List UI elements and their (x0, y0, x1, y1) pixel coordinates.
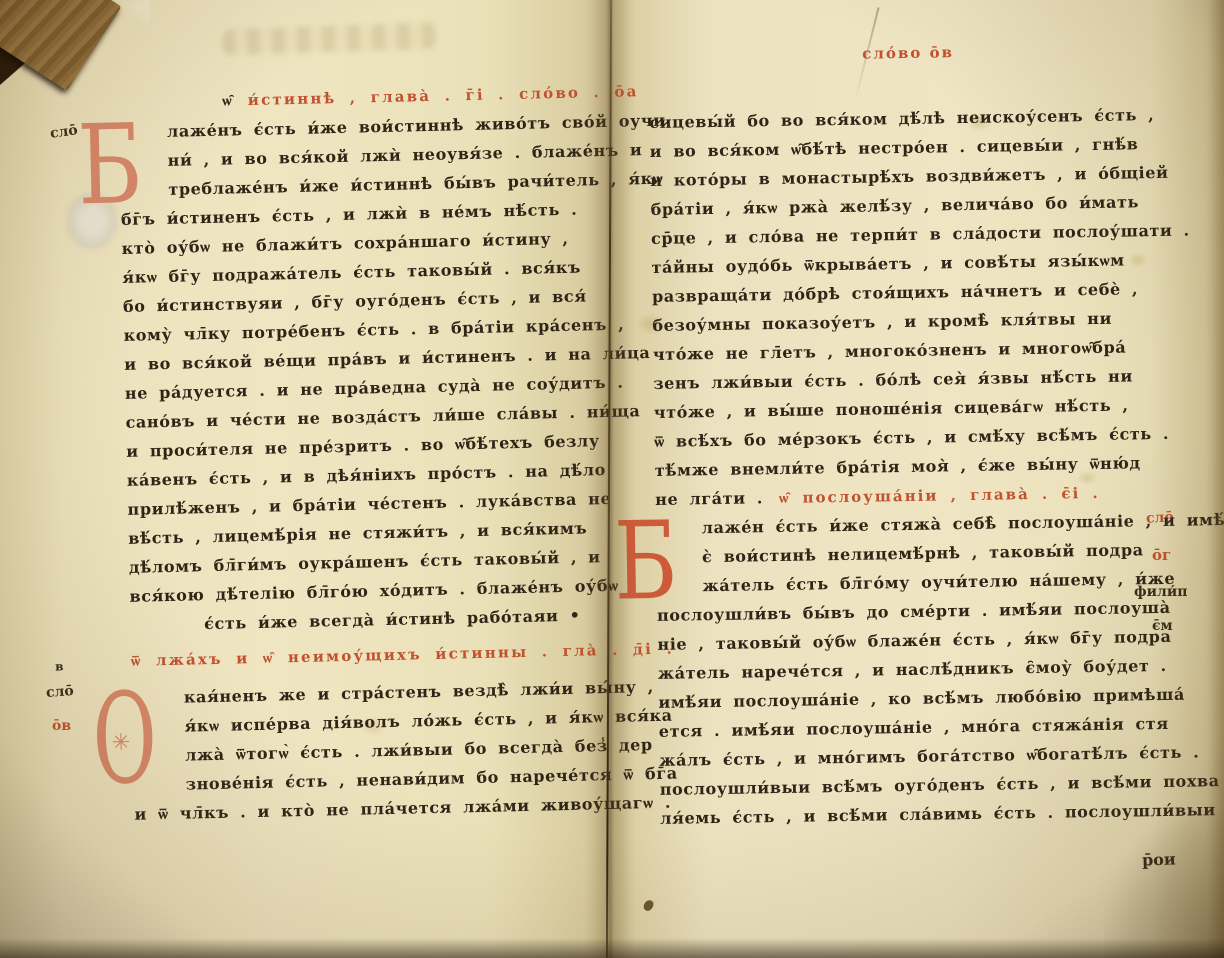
margin-note-slovo-number: о̄в (52, 718, 71, 734)
paragraph-blessed-truth: Б лаже́нъ є́сть и́же вои́стиннѣ живо́тъ … (119, 107, 616, 611)
heading-14-text: ѿ лжа́хъ и ѡ̑ неимоу́щихъ и́стинны . гла… (131, 640, 674, 670)
margin-mark-v: в (55, 651, 66, 681)
margin-note-slovo-number: о̄г (1152, 546, 1171, 564)
heading-13-text: и́стиннѣ , глава̀ . г̄і . сло́во . о̄а (248, 82, 639, 109)
chapter-14-heading: вѿ лжа́хъ и ѡ̑ неимоу́щихъ и́стинны . гл… (131, 635, 618, 676)
chapter-15-heading: ѡ̑ послоуша́ніи , глава̀ . є̄і . (779, 484, 1100, 507)
paragraph-about-lies: О✳ кая́ненъ же и стра́стенъ вездѣ̀ лжи́и… (132, 673, 621, 829)
line-black-part: не лга́ти . (655, 488, 763, 509)
ink-bleedthrough-smudge (222, 22, 438, 55)
left-page-text: ѡ̑и́стиннѣ , глава̀ . г̄і . сло́во . о̄а… (118, 77, 621, 829)
heading-prefix-omega: ѡ̑ (222, 91, 234, 109)
paragraph-liar-continued: сицевы́й бо во вся́ком дѣ́лѣ неискоу́сен… (649, 100, 1149, 485)
book-photo: { "colors": { "paper": "#ece2bd", "ink":… (0, 0, 1224, 958)
margin-note-slovo-top: сло̄ (49, 122, 79, 142)
right-page-text: сло́во о̄в сицевы́й бо во вся́ком дѣ́лѣ … (648, 34, 1154, 833)
margin-note-slovo-label: сло̄ (45, 683, 74, 701)
running-title: сло́во о̄в (648, 34, 1142, 72)
white-stain (66, 192, 118, 250)
paragraph-about-obedience: Б лаже́н є́сть и́же стяжа̀ себѣ̀ послоуш… (655, 506, 1154, 833)
folio-number: р̄ои (1142, 849, 1176, 869)
book-spread: сло̄ сло̄ о̄в сло̄ о̄г фили́п є̄м р̄ои ѡ… (0, 0, 1224, 958)
